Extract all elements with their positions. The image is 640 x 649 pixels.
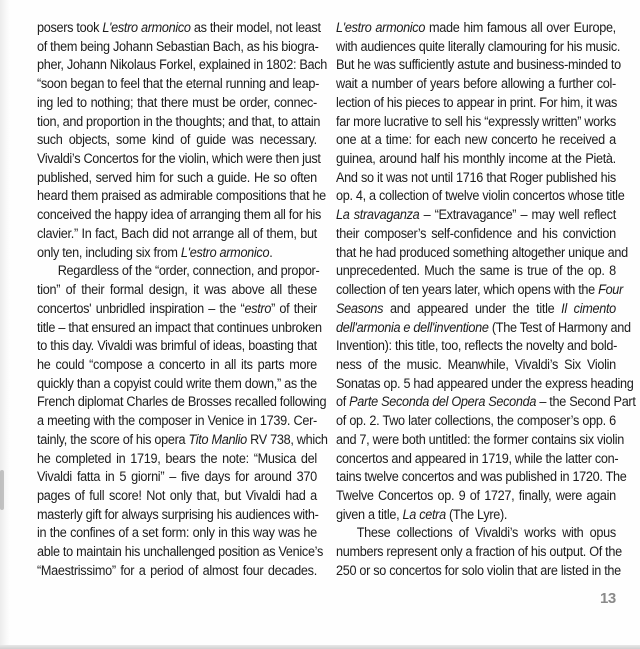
text-line: op. 4, a collection of twelve violin con… [336,186,616,205]
italic-title: L'estro armonico [181,244,269,260]
page-bottom-edge [0,645,640,649]
text-line: Seasons and appeared under the title Il … [336,299,616,318]
text-line: he could “compose a concerto in all its … [37,355,317,374]
text-run: tion” of their formal design, it was abo… [37,281,317,297]
text-line: conceived the happy idea of arranging th… [37,205,317,224]
text-run: he completed in 1719, bears the note: “M… [37,450,317,466]
text-run: clavier.” In fact, Bach did not arrange … [37,225,317,241]
text-run: title – that ensured an impact that cont… [37,319,322,335]
text-run: numbers represent only a fraction of his… [336,543,622,559]
italic-title: L'estro armonico [102,19,190,35]
text-run: pher, Johann Nikolaus Forkel, explained … [37,56,327,72]
italic-title: Parte Seconda del Opera Seconda [349,393,536,409]
text-line: of Parte Seconda del Opera Seconda – the… [336,392,616,411]
text-line: tainly, the score of his opera Tito Manl… [37,430,317,449]
text-line: pher, Johann Nikolaus Forkel, explained … [37,55,317,74]
text-run: Twelve Concertos op. 9 of 1727, finally,… [336,487,616,503]
text-run: “Maestrissimo” for a period of almost fo… [37,562,317,578]
text-run: and 7, were both untitled: the former co… [336,431,624,447]
text-line: “Maestrissimo” for a period of almost fo… [37,561,317,580]
text-run: unprecedented. Much the same is true of … [336,262,616,278]
text-run: 250 or so concertos for solo violin that… [336,562,621,578]
text-line: such objects, some kind of guide was nec… [37,130,317,149]
text-run: one at a time: for each new concerto he … [336,131,616,147]
text-run: conceived the happy idea of arranging th… [37,206,321,222]
text-line: Vivaldi fatta in 5 giorni” – five days f… [37,467,317,486]
italic-title: Four [598,281,623,297]
text-run: a meeting with the composer in Venice in… [37,412,317,428]
italic-title: La stravaganza [336,206,419,222]
text-line: guinea, around half his monthly income a… [336,149,616,168]
text-line: title – that ensured an impact that cont… [37,318,317,337]
text-line: Twelve Concertos op. 9 of 1727, finally,… [336,486,616,505]
text-line: a meeting with the composer in Venice in… [37,411,317,430]
text-line: tains twelve concertos and was published… [336,467,616,486]
text-run: heard them praised as admirable composit… [37,187,326,203]
text-run: only ten, including six from [37,244,181,260]
text-line: tion, and proportion in the thoughts; an… [37,112,317,131]
text-line: Invention): this title, too, reflects th… [336,336,616,355]
text-run: he could “compose a concerto in all its … [37,356,317,372]
text-line: of them being Johann Sebastian Bach, as … [37,37,317,56]
text-line: unprecedented. Much the same is true of … [336,261,616,280]
text-line: And so it was not until 1716 that Roger … [336,168,616,187]
text-line: he completed in 1719, bears the note: “M… [37,449,317,468]
italic-title: Tito Manlio [188,431,246,447]
text-run: ness of the music. Meanwhile, Vivaldi’s … [336,356,616,372]
text-run: such objects, some kind of guide was nec… [37,131,317,147]
text-run: (The Test of Harmony and [489,319,631,335]
text-line: concertos and appeared in 1719, while th… [336,449,616,468]
text-run: quickly than a copyist could write them … [37,375,317,391]
text-line: their composer’s self-confidence and his… [336,224,616,243]
text-run: “soon began to feel that the eternal run… [37,75,319,91]
text-run: far more lucrative to sell his “expressl… [336,113,616,129]
text-run: published, served him for such a guide. … [37,169,317,185]
text-line: Regardless of the “order, connection, an… [37,261,317,280]
text-run: RV 738, which [247,431,328,447]
text-line: tion” of their formal design, it was abo… [37,280,317,299]
text-run: But he was sufficiently astute and busin… [336,56,621,72]
text-run: concertos' unbridled inspiration – the “ [37,300,244,316]
text-run: Sonatas op. 5 had appeared under the exp… [336,375,633,391]
text-run: able to maintain his unchallenged positi… [37,543,323,559]
text-run: Regardless of the “order, connection, an… [58,262,320,278]
text-line: one at a time: for each new concerto he … [336,130,616,149]
text-run: in the confines of a set form: only in t… [37,524,317,540]
text-line: concertos' unbridled inspiration – the “… [37,299,317,318]
text-line: dell'armonia e dell'inventione (The Test… [336,318,616,337]
text-run: masterly gift for always surprising his … [37,506,319,522]
italic-title: L'estro armonico [336,19,425,35]
italic-title: dell'armonia e dell'inventione [336,319,489,335]
text-line: heard them praised as admirable composit… [37,186,317,205]
text-run: that he had produced something altogethe… [336,244,628,260]
italic-title: estro [244,300,271,316]
text-line: French diplomat Charles de Brosses recal… [37,392,317,411]
text-run: to this day. Vivaldi was brimful of idea… [37,337,317,353]
text-line: L'estro armonico made him famous all ove… [336,18,616,37]
right-column: L'estro armonico made him famous all ove… [336,18,616,580]
text-run: tainly, the score of his opera [37,431,188,447]
text-run: wait a number of years before allowing a… [336,75,616,91]
italic-title: Il cimento [561,300,616,316]
text-line: quickly than a copyist could write them … [37,374,317,393]
text-run: ” of their [271,300,317,316]
text-run: (The Lyre). [446,506,507,522]
text-run: guinea, around half his monthly income a… [336,150,616,166]
text-run: as their model, not least [191,19,321,35]
text-line: ing led to nothing; that there must be o… [37,93,317,112]
text-run: tion, and proportion in the thoughts; an… [37,113,320,129]
text-run: made him famous all over Europe, [425,19,616,35]
text-run: with audiences quite literally clamourin… [336,38,620,54]
text-run: – “Extravagance” – may well reflect [419,206,616,222]
text-line: able to maintain his unchallenged positi… [37,542,317,561]
text-run: These collections of Vivaldi’s works wit… [357,524,616,540]
italic-title: Seasons [336,300,383,316]
page-edge [0,0,10,649]
text-run: posers took [37,19,102,35]
text-run: lection of his pieces to appear in print… [336,94,617,110]
text-line: Sonatas op. 5 had appeared under the exp… [336,374,616,393]
text-line: collection of ten years later, which ope… [336,280,616,299]
text-line: of op. 2. Two later collections, the com… [336,411,616,430]
text-run: . [269,244,272,260]
text-line: to this day. Vivaldi was brimful of idea… [37,336,317,355]
text-line: only ten, including six from L'estro arm… [37,243,317,262]
text-run: pages of full score! Not only that, but … [37,487,317,503]
text-line: These collections of Vivaldi’s works wit… [336,523,616,542]
text-run: op. 4, a collection of twelve violin con… [336,187,624,203]
text-line: clavier.” In fact, Bach did not arrange … [37,224,317,243]
text-run: French diplomat Charles de Brosses recal… [37,393,326,409]
italic-title: La cetra [403,506,446,522]
text-line: with audiences quite literally clamourin… [336,37,616,56]
text-run: and appeared under the title [383,300,561,316]
text-run: given a title, [336,506,403,522]
text-line: in the confines of a set form: only in t… [37,523,317,542]
text-line: 250 or so concertos for solo violin that… [336,561,616,580]
text-run: of them being Johann Sebastian Bach, as … [37,38,319,54]
text-line: lection of his pieces to appear in print… [336,93,616,112]
text-line: pages of full score! Not only that, but … [37,486,317,505]
text-run: – the Second Part [536,393,635,409]
text-line: given a title, La cetra (The Lyre). [336,505,616,524]
text-run: their composer’s self-confidence and his… [336,225,616,241]
text-run: concertos and appeared in 1719, while th… [336,450,618,466]
text-run: Vivaldi’s Concertos for the violin, whic… [37,150,321,166]
binding-shadow [0,470,4,510]
text-run: Vivaldi fatta in 5 giorni” – five days f… [37,468,317,484]
text-run: ing led to nothing; that there must be o… [37,94,317,110]
text-line: posers took L'estro armonico as their mo… [37,18,317,37]
text-run: collection of ten years later, which ope… [336,281,598,297]
text-line: But he was sufficiently astute and busin… [336,55,616,74]
text-line: published, served him for such a guide. … [37,168,317,187]
page-number: 13 [600,590,616,607]
text-run: tains twelve concertos and was published… [336,468,627,484]
text-line: that he had produced something altogethe… [336,243,616,262]
text-line: “soon began to feel that the eternal run… [37,74,317,93]
text-line: wait a number of years before allowing a… [336,74,616,93]
text-run: of op. 2. Two later collections, the com… [336,412,616,428]
text-run: And so it was not until 1716 that Roger … [336,169,616,185]
text-line: far more lucrative to sell his “expressl… [336,112,616,131]
text-line: and 7, were both untitled: the former co… [336,430,616,449]
text-line: numbers represent only a fraction of his… [336,542,616,561]
text-line: La stravaganza – “Extravagance” – may we… [336,205,616,224]
text-run: of [336,393,349,409]
left-column: posers took L'estro armonico as their mo… [37,18,317,580]
text-line: Vivaldi’s Concertos for the violin, whic… [37,149,317,168]
text-line: ness of the music. Meanwhile, Vivaldi’s … [336,355,616,374]
text-line: masterly gift for always surprising his … [37,505,317,524]
text-run: Invention): this title, too, reflects th… [336,337,617,353]
